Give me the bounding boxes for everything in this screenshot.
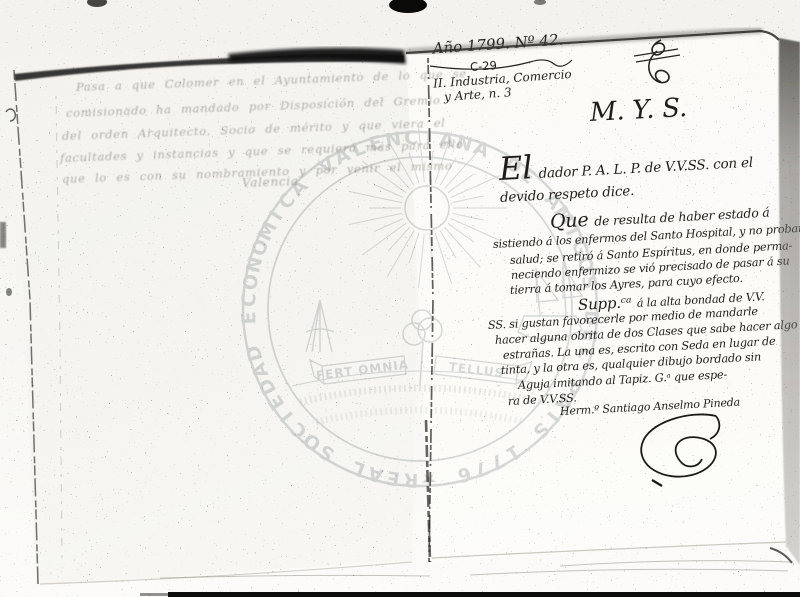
- manuscript-line-right: El dador P. A. L. P. de V.V.SS. con el: [498, 137, 754, 188]
- scanned-document: REAL SOCIEDAD ECONOMICA VALENCIANA DE AM…: [0, 0, 800, 597]
- salutation: M. Y. S.: [589, 93, 687, 128]
- signature-line: Herm.º Santiago Anselmo Pineda: [560, 396, 741, 418]
- right-page-text-block: M. Y. S.El dador P. A. L. P. de V.V.SS. …: [0, 0, 800, 597]
- drop-cap: Que: [549, 209, 589, 233]
- drop-cap: El: [498, 148, 533, 188]
